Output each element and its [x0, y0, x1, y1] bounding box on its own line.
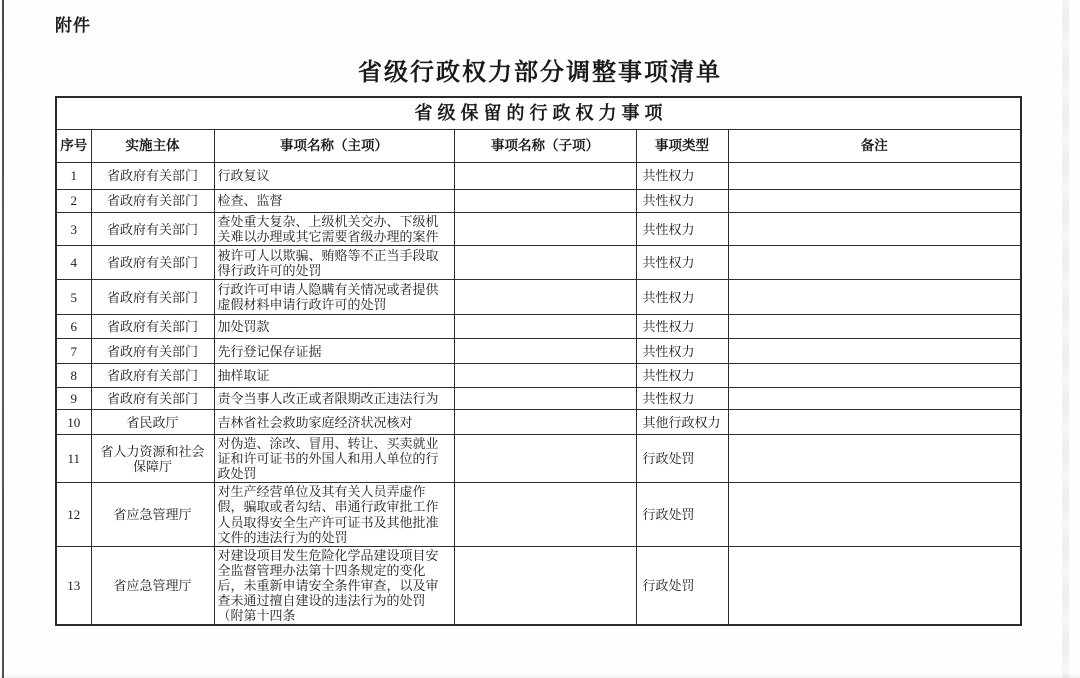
sub-item-cell — [454, 190, 636, 213]
table-body: 1省政府有关部门行政复议共性权力2省政府有关部门检查、监督共性权力3省政府有关部… — [56, 163, 1021, 626]
main-item-cell: 先行登记保存证据 — [214, 339, 454, 364]
col-header-no: 序号 — [56, 130, 91, 163]
col-header-entity: 实施主体 — [91, 130, 214, 163]
main-item-cell: 加处罚款 — [214, 315, 454, 339]
item-type-cell: 共性权力 — [636, 163, 728, 190]
entity-cell: 省政府有关部门 — [91, 388, 214, 410]
remark-cell — [728, 546, 1021, 625]
entity-cell: 省政府有关部门 — [91, 190, 214, 213]
main-item-cell: 被许可人以欺骗、贿赂等不正当手段取得行政许可的处罚 — [214, 246, 454, 280]
sub-item-cell — [454, 339, 636, 364]
remark-cell — [728, 483, 1021, 546]
table-section-header: 省级保留的行政权力事项 — [56, 97, 1021, 130]
entity-cell: 省政府有关部门 — [91, 280, 214, 315]
row-number-cell: 8 — [56, 364, 91, 388]
entity-cell: 省人力资源和社会保障厅 — [91, 435, 214, 483]
remark-cell — [728, 339, 1021, 364]
row-number-cell: 13 — [56, 546, 91, 625]
table-row: 3省政府有关部门查处重大复杂、上级机关交办、下级机关难以办理或其它需要省级办理的… — [56, 213, 1021, 246]
remark-cell — [728, 163, 1021, 190]
remark-cell — [728, 190, 1021, 213]
item-type-cell: 共性权力 — [636, 280, 728, 315]
item-type-cell: 行政处罚 — [636, 483, 728, 546]
item-type-cell: 共性权力 — [636, 388, 728, 410]
table-row: 5省政府有关部门行政许可申请人隐瞒有关情况或者提供虚假材料申请行政许可的处罚共性… — [56, 280, 1021, 315]
main-item-cell: 行政复议 — [214, 163, 454, 190]
row-number-cell: 2 — [56, 190, 91, 213]
remark-cell — [728, 388, 1021, 410]
attachment-label: 附件 — [55, 11, 91, 36]
main-item-cell: 对建设项目发生危险化学品建设项目安全监督管理办法第十四条规定的变化后，未重新申请… — [214, 546, 454, 625]
table-row: 2省政府有关部门检查、监督共性权力 — [56, 190, 1021, 213]
item-type-cell: 共性权力 — [636, 364, 728, 388]
col-header-sub-item: 事项名称（子项） — [454, 130, 636, 163]
scan-right-edge-artifact — [1062, 0, 1069, 678]
main-item-cell: 吉林省社会救助家庭经济状况核对 — [214, 410, 454, 435]
table-row: 6省政府有关部门加处罚款共性权力 — [56, 315, 1021, 339]
sub-item-cell — [454, 483, 636, 546]
entity-cell: 省应急管理厅 — [91, 483, 214, 546]
col-header-type: 事项类型 — [636, 130, 728, 163]
item-type-cell: 共性权力 — [636, 246, 728, 280]
sub-item-cell — [454, 213, 636, 246]
page-title: 省级行政权力部分调整事项清单 — [0, 52, 1080, 87]
sub-item-cell — [454, 246, 636, 280]
remark-cell — [728, 364, 1021, 388]
main-item-cell: 查处重大复杂、上级机关交办、下级机关难以办理或其它需要省级办理的案件 — [214, 213, 454, 246]
table-band-row: 省级保留的行政权力事项 — [56, 97, 1021, 130]
remark-cell — [728, 435, 1021, 483]
remark-cell — [728, 315, 1021, 339]
sub-item-cell — [454, 435, 636, 483]
item-type-cell: 共性权力 — [636, 190, 728, 213]
document-page: 附件 省级行政权力部分调整事项清单 省级保留的行政权力事项 序号 实施主体 事项… — [0, 0, 1080, 678]
item-type-cell: 行政处罚 — [636, 435, 728, 483]
row-number-cell: 5 — [56, 280, 91, 315]
row-number-cell: 4 — [56, 246, 91, 280]
remark-cell — [728, 213, 1021, 246]
table-row: 13省应急管理厅对建设项目发生危险化学品建设项目安全监督管理办法第十四条规定的变… — [56, 546, 1021, 625]
entity-cell: 省政府有关部门 — [91, 339, 214, 364]
table-row: 8省政府有关部门抽样取证共性权力 — [56, 364, 1021, 388]
remark-cell — [728, 280, 1021, 315]
sub-item-cell — [454, 410, 636, 435]
sub-item-cell — [454, 364, 636, 388]
row-number-cell: 11 — [56, 435, 91, 483]
entity-cell: 省民政厅 — [91, 410, 214, 435]
power-items-table: 省级保留的行政权力事项 序号 实施主体 事项名称（主项） 事项名称（子项） 事项… — [55, 96, 1022, 626]
row-number-cell: 10 — [56, 410, 91, 435]
table-row: 9省政府有关部门责令当事人改正或者限期改正违法行为共性权力 — [56, 388, 1021, 410]
entity-cell: 省政府有关部门 — [91, 163, 214, 190]
sub-item-cell — [454, 280, 636, 315]
row-number-cell: 9 — [56, 388, 91, 410]
item-type-cell: 共性权力 — [636, 339, 728, 364]
sub-item-cell — [454, 315, 636, 339]
table-row: 1省政府有关部门行政复议共性权力 — [56, 163, 1021, 190]
main-item-cell: 行政许可申请人隐瞒有关情况或者提供虚假材料申请行政许可的处罚 — [214, 280, 454, 315]
col-header-main-item: 事项名称（主项） — [214, 130, 454, 163]
main-item-cell: 对伪造、涂改、冒用、转让、买卖就业证和许可证书的外国人和用人单位的行政处罚 — [214, 435, 454, 483]
main-item-cell: 抽样取证 — [214, 364, 454, 388]
sub-item-cell — [454, 546, 636, 625]
row-number-cell: 12 — [56, 483, 91, 546]
entity-cell: 省政府有关部门 — [91, 315, 214, 339]
item-type-cell: 共性权力 — [636, 315, 728, 339]
main-item-cell: 责令当事人改正或者限期改正违法行为 — [214, 388, 454, 410]
main-item-cell: 对生产经营单位及其有关人员弄虚作假，骗取或者勾结、串通行政审批工作人员取得安全生… — [214, 483, 454, 546]
entity-cell: 省政府有关部门 — [91, 246, 214, 280]
sub-item-cell — [454, 388, 636, 410]
table-row: 7省政府有关部门先行登记保存证据共性权力 — [56, 339, 1021, 364]
entity-cell: 省应急管理厅 — [91, 546, 214, 625]
entity-cell: 省政府有关部门 — [91, 364, 214, 388]
row-number-cell: 7 — [56, 339, 91, 364]
scan-left-edge-artifact — [2, 0, 4, 678]
row-number-cell: 6 — [56, 315, 91, 339]
remark-cell — [728, 410, 1021, 435]
row-number-cell: 3 — [56, 213, 91, 246]
main-item-cell: 检查、监督 — [214, 190, 454, 213]
table-row: 12省应急管理厅对生产经营单位及其有关人员弄虚作假，骗取或者勾结、串通行政审批工… — [56, 483, 1021, 546]
item-type-cell: 共性权力 — [636, 213, 728, 246]
entity-cell: 省政府有关部门 — [91, 213, 214, 246]
sub-item-cell — [454, 163, 636, 190]
table-row: 11省人力资源和社会保障厅对伪造、涂改、冒用、转让、买卖就业证和许可证书的外国人… — [56, 435, 1021, 483]
item-type-cell: 其他行政权力 — [636, 410, 728, 435]
row-number-cell: 1 — [56, 163, 91, 190]
scan-bottom-edge-artifact — [0, 673, 1080, 678]
table-header-row: 序号 实施主体 事项名称（主项） 事项名称（子项） 事项类型 备注 — [56, 130, 1021, 163]
col-header-remark: 备注 — [728, 130, 1021, 163]
item-type-cell: 行政处罚 — [636, 546, 728, 625]
table-row: 4省政府有关部门被许可人以欺骗、贿赂等不正当手段取得行政许可的处罚共性权力 — [56, 246, 1021, 280]
remark-cell — [728, 246, 1021, 280]
table-row: 10省民政厅吉林省社会救助家庭经济状况核对其他行政权力 — [56, 410, 1021, 435]
